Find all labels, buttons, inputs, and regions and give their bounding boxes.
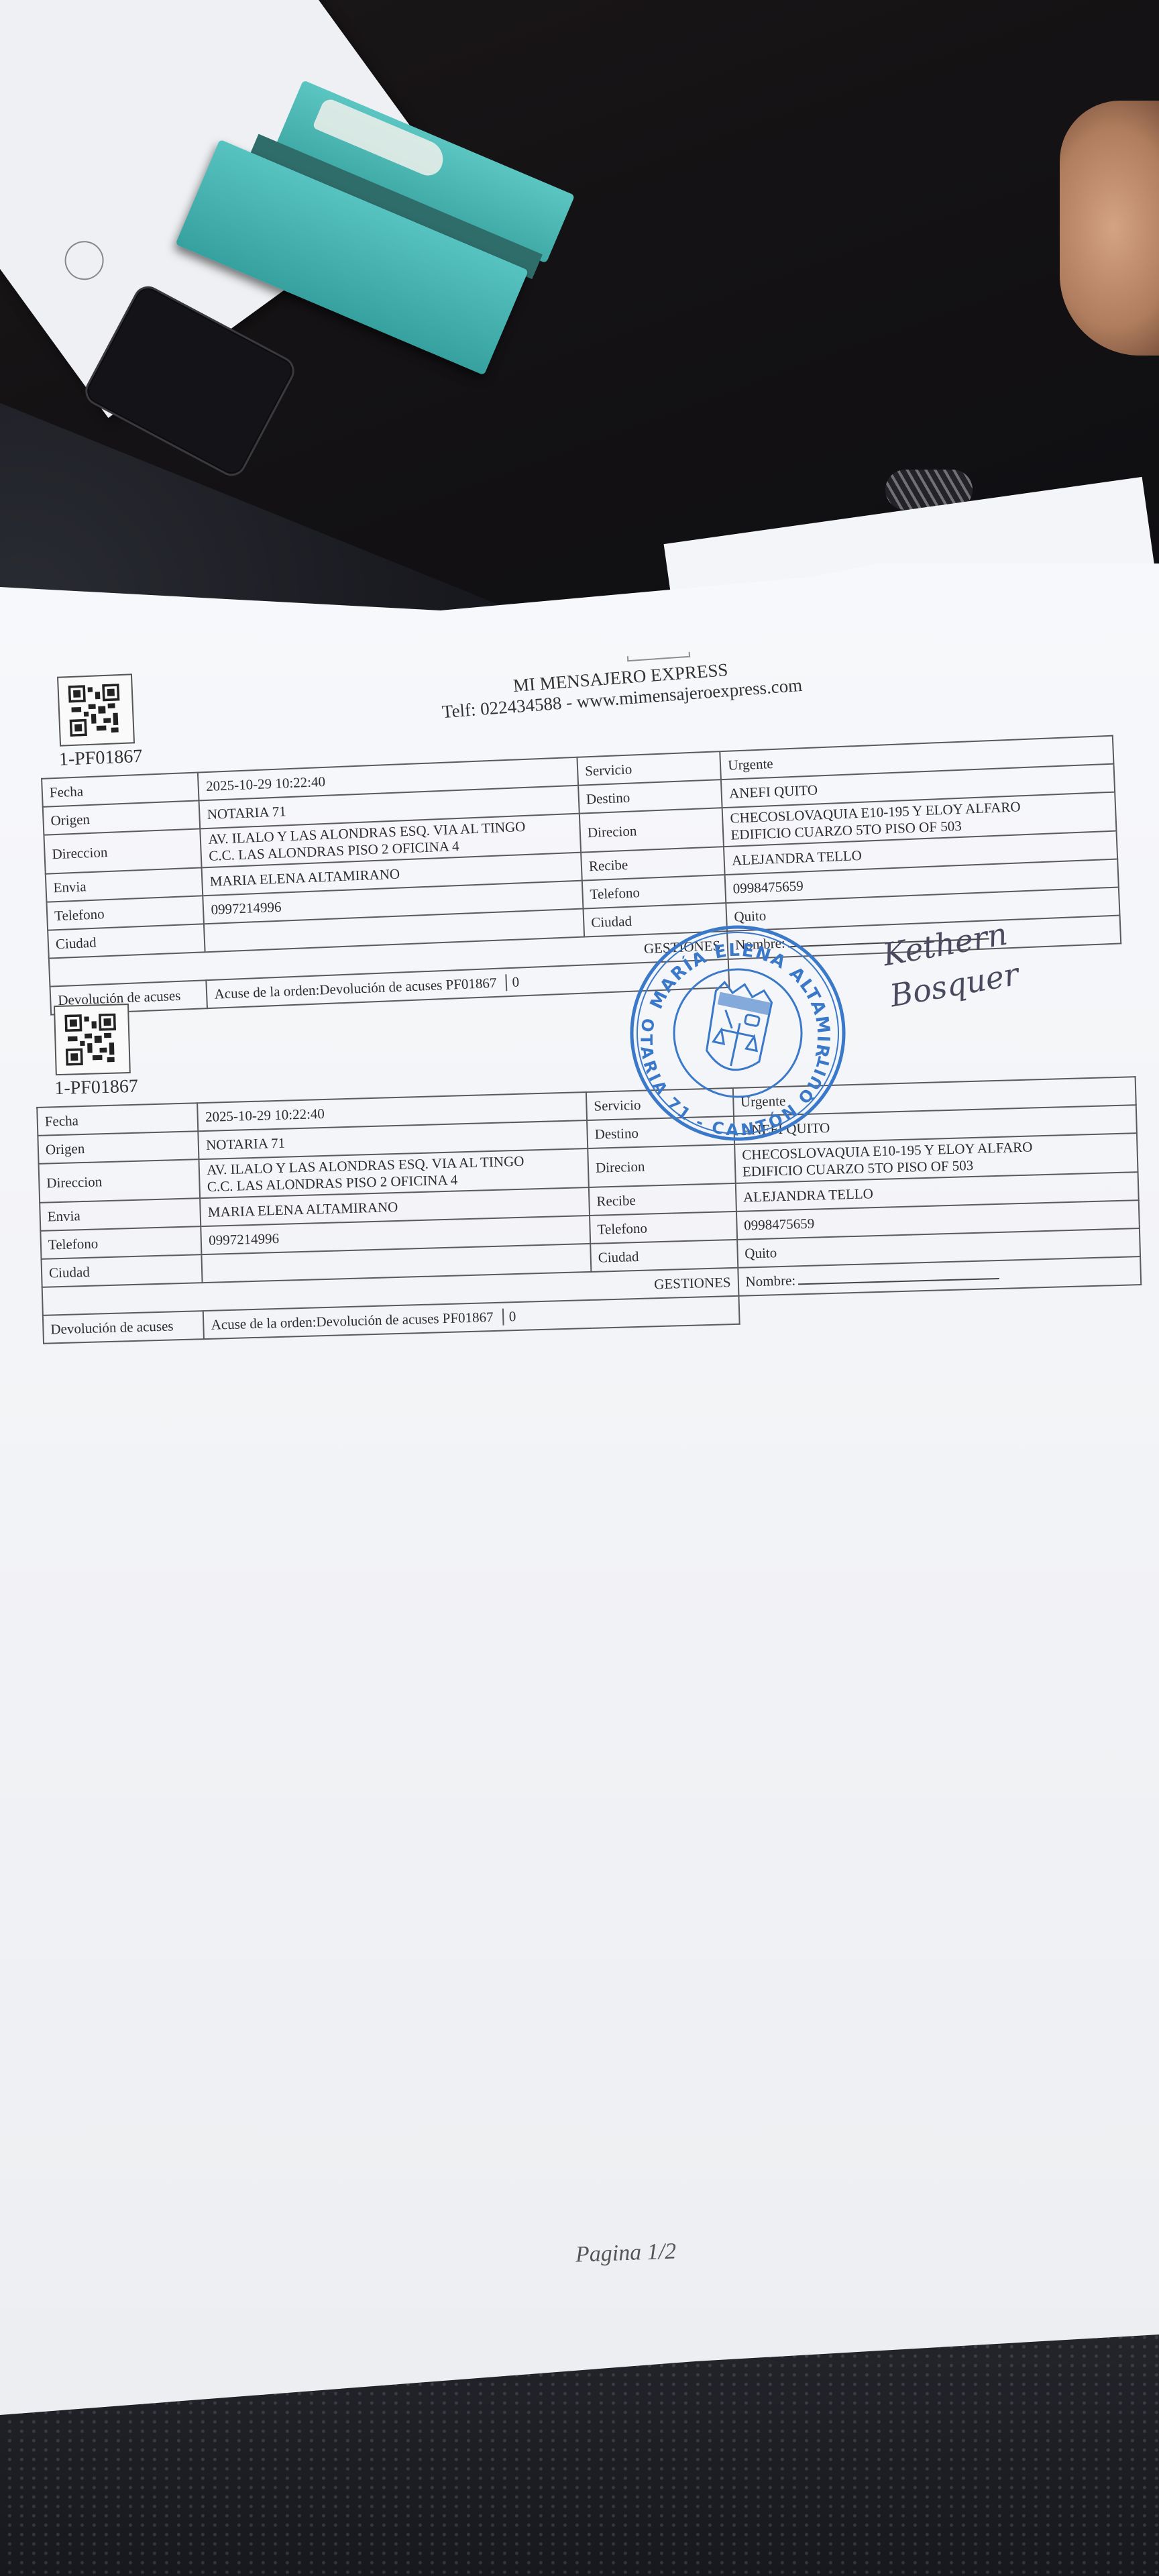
- emblem-icon: [57, 233, 111, 288]
- qr-code: [54, 1004, 131, 1075]
- recibe-label: Recibe: [589, 1183, 736, 1216]
- hand: [1060, 101, 1159, 356]
- nombre-label: Nombre:: [745, 1272, 795, 1289]
- gestion-detalle: Acuse de la orden:Devolución de acuses P…: [211, 1309, 494, 1333]
- gestion-tipo: Devolución de acuses: [43, 1311, 204, 1344]
- reference-code: 1-PF01867: [58, 746, 143, 771]
- qr-code: [57, 674, 135, 746]
- envia-label: Envia: [40, 1198, 201, 1231]
- telefono-recipient-label: Telefono: [590, 1212, 737, 1244]
- qr-code-icon: [64, 1014, 117, 1066]
- fecha-label: Fecha: [37, 1103, 198, 1136]
- signature-text: KethernBosquer: [879, 914, 1024, 1014]
- page-indicator: Pagina 1/2: [575, 2239, 676, 2267]
- notary-stamp: DRA. MARÍA ELENA ALTAMIRANO NOTARIA 71 -…: [606, 902, 869, 1164]
- ciudad-label: Ciudad: [42, 1254, 203, 1287]
- direcion-label: Direcion: [579, 808, 724, 853]
- ciudad-recipient-label: Ciudad: [590, 1240, 738, 1272]
- direccion-label: Direccion: [44, 828, 202, 873]
- reference-code: 1-PF01867: [54, 1076, 138, 1099]
- gestion-detalle: Acuse de la orden:Devolución de acuses P…: [214, 974, 497, 1002]
- gestion-cantidad: 0: [502, 1308, 516, 1326]
- telefono-label: Telefono: [40, 1226, 201, 1259]
- shipment-table: Fecha 2025-10-29 10:22:40 Servicio Urgen…: [36, 1076, 1142, 1344]
- coat-of-arms-icon: [701, 979, 775, 1075]
- origen-label: Origen: [38, 1131, 199, 1164]
- qr-code-icon: [68, 684, 121, 737]
- gestion-cantidad: 0: [505, 973, 519, 991]
- direccion-label: Direccion: [39, 1159, 201, 1203]
- direcion-label: Direcion: [588, 1144, 735, 1187]
